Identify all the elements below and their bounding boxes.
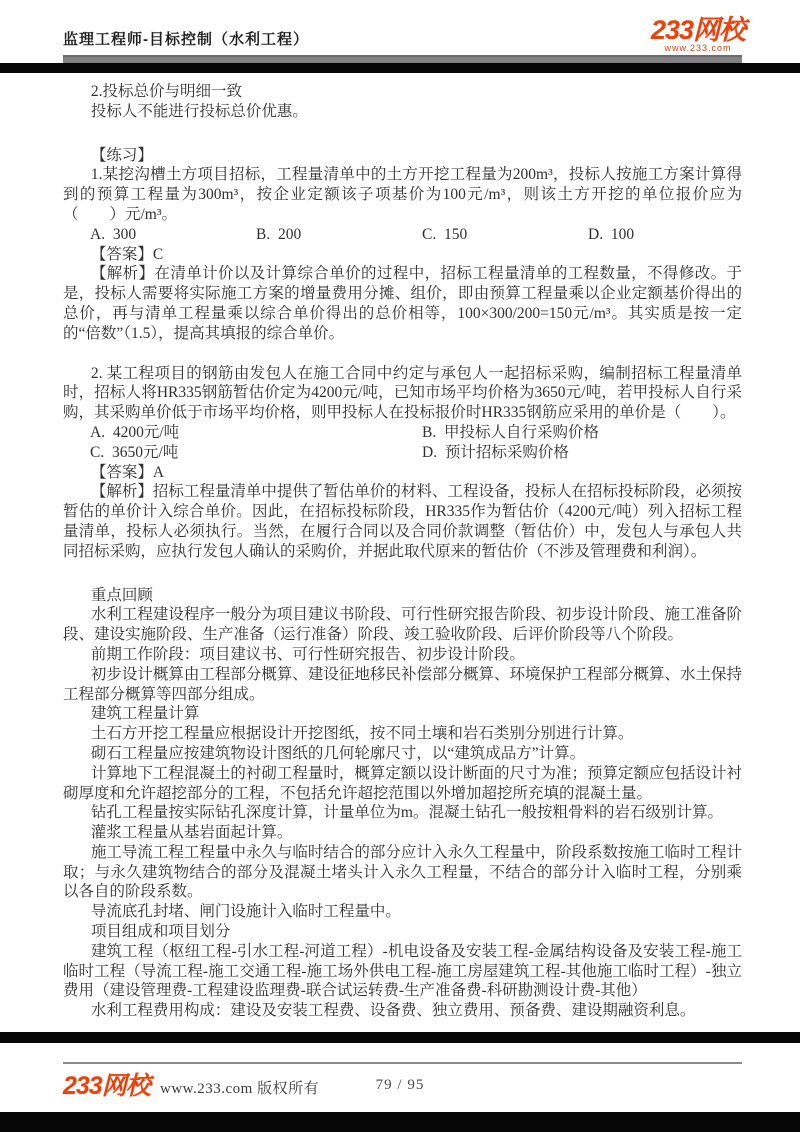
footer-top-band — [0, 1032, 800, 1043]
review-title: 重点回顾 — [63, 586, 742, 606]
option-b: B. 200 — [256, 225, 422, 245]
intro-line: 2.投标总价与明细一致 — [63, 82, 742, 102]
page-indicator: 79 / 95 — [0, 1077, 800, 1094]
review-paragraph: 水利工程费用构成：建设及安装工程费、设备费、独立费用、预备费、建设期融资利息。 — [63, 1001, 742, 1021]
brand-logo-url: www.233.com — [651, 43, 745, 53]
option-d: D. 预计招标采购价格 — [422, 443, 569, 463]
question-2-options-row2: C. 3650元/吨 D. 预计招标采购价格 — [63, 443, 742, 463]
option-d: D. 100 — [588, 225, 634, 245]
option-c: C. 3650元/吨 — [90, 443, 422, 463]
question-2-stem: 2. 某工程项目的钢筋由发包人在施工合同中约定与承包人一起招标采购，编制招标工程… — [63, 364, 742, 423]
review-paragraph: 土石方开挖工程量应根据设计开挖图纸，按不同土壤和岩石类别分别进行计算。 — [63, 724, 742, 744]
header-rule-black — [0, 63, 800, 73]
review-paragraph: 计算地下工程混凝土的衬砌工程量时，概算定额以设计断面的尺寸为准；预算定额应包括设… — [63, 764, 742, 804]
option-c: C. 150 — [422, 225, 588, 245]
page-title: 监理工程师-目标控制（水利工程） — [63, 28, 309, 49]
document-page: { "colors": { "brand": "#e8420d", "heade… — [0, 0, 800, 1132]
review-paragraph: 初步设计概算由工程部分概算、建设征地移民补偿部分概算、环境保护工程部分概算、水土… — [63, 665, 742, 705]
practice-label: 【练习】 — [63, 146, 742, 166]
review-paragraph: 前期工作阶段：项目建议书、可行性研究报告、初步设计阶段。 — [63, 645, 742, 665]
brand-logo: 233网校 www.233.com — [651, 16, 745, 53]
option-a: A. 4200元/吨 — [90, 423, 422, 443]
option-a: A. 300 — [90, 225, 256, 245]
brand-logo-text: 233网校 — [651, 16, 745, 44]
header-rule-gray — [63, 55, 742, 63]
review-paragraph: 灌浆工程量从基岩面起计算。 — [63, 823, 742, 843]
question-2-analysis: 【解析】招标工程量清单中提供了暂估单价的材料、工程设备，投标人在招标投标阶段，必… — [63, 482, 742, 561]
question-1-stem: 1.某挖沟槽土方项目招标，工程量清单中的土方开挖工程量为200m³，投标人按施工… — [63, 165, 742, 224]
review-paragraph: 砌石工程量应按建筑物设计图纸的几何轮廓尺寸，以“建筑成品方”计算。 — [63, 744, 742, 764]
review-section-title: 项目组成和项目划分 — [63, 922, 742, 942]
intro-line: 投标人不能进行投标总价优惠。 — [63, 102, 742, 122]
document-body: 2.投标总价与明细一致 投标人不能进行投标总价优惠。 【练习】 1.某挖沟槽土方… — [63, 82, 742, 1021]
review-paragraph: 建筑工程（枢纽工程-引水工程-河道工程）-机电设备及安装工程-金属结构设备及安装… — [63, 942, 742, 1001]
review-paragraph: 导流底孔封堵、闸门设施计入临时工程量中。 — [63, 902, 742, 922]
question-1-analysis: 【解析】在清单计价以及计算综合单价的过程中，招标工程量清单的工程数量，不得修改。… — [63, 264, 742, 343]
question-2-answer: 【答案】A — [63, 463, 742, 483]
review-paragraph: 钻孔工程量按实际钻孔深度计算，计量单位为m。混凝土钻孔一般按粗骨料的岩石级别计算… — [63, 803, 742, 823]
review-section-title: 建筑工程量计算 — [63, 704, 742, 724]
question-1-options: A. 300 B. 200 C. 150 D. 100 — [63, 225, 742, 245]
footer-bottom-band — [0, 1112, 800, 1132]
review-paragraph: 施工导流工程工程量中永久与临时结合的部分应计入永久工程量中，阶段系数按施工临时工… — [63, 843, 742, 902]
question-1-answer: 【答案】C — [63, 245, 742, 265]
review-paragraph: 水利工程建设程序一般分为项目建议书阶段、可行性研究报告阶段、初步设计阶段、施工准… — [63, 605, 742, 645]
question-2-options-row1: A. 4200元/吨 B. 甲投标人自行采购价格 — [63, 423, 742, 443]
option-b: B. 甲投标人自行采购价格 — [422, 423, 599, 443]
footer-divider — [63, 1062, 742, 1064]
